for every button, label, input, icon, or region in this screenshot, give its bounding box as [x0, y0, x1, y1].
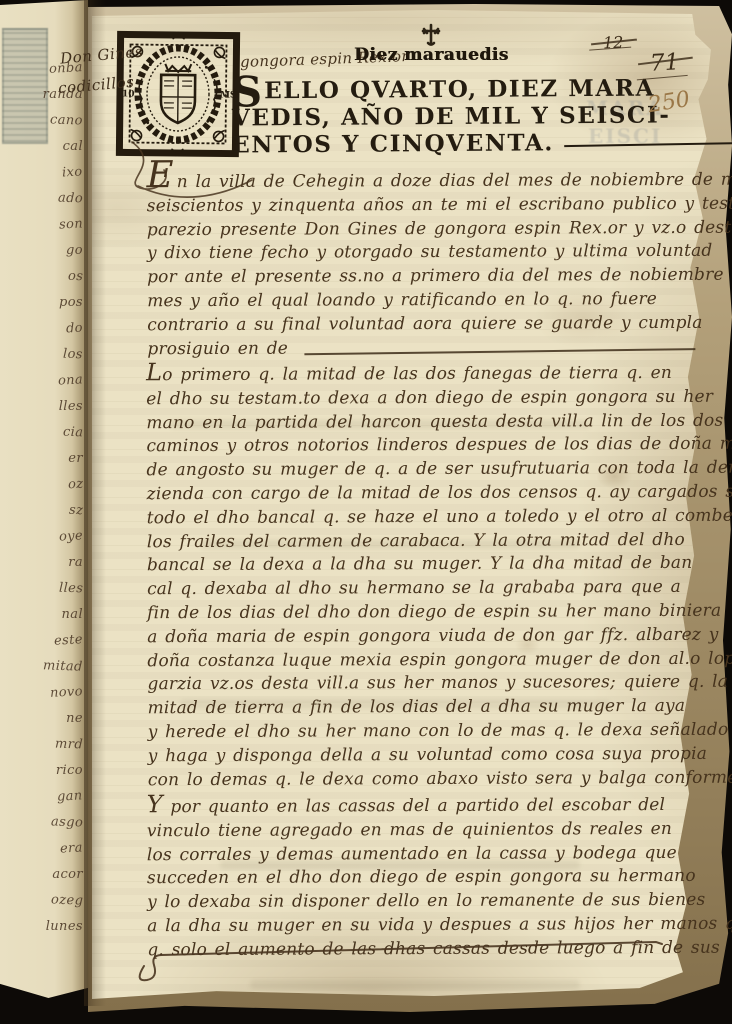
manuscript-line: mano en la partida del harcon questa des… [146, 410, 706, 436]
manuscript-line: doña costanza luque mexia espin gongora … [147, 648, 707, 674]
verso-line-fragment: cano [50, 111, 83, 129]
scanned-manuscript-photo: { "colors":{ "background":"#0d0a07","pap… [0, 0, 732, 1024]
manuscript-paragraph: En la villa de Cehegin a doze dias del m… [147, 161, 708, 362]
manuscript-body: En la villa de Cehegin a doze dias del m… [147, 162, 707, 961]
folio-number-crossed: 12 [599, 33, 628, 53]
manuscript-paragraph: Y por quanto en las cassas del a partido… [147, 790, 708, 962]
verso-line-fragment: acor [52, 866, 83, 883]
verso-line-fragment: mitad [43, 657, 83, 675]
verso-line-fragment: ra [68, 554, 83, 571]
manuscript-line: por ante el presente ss.no a primero dia… [147, 264, 707, 290]
manuscript-line: todo el dho bancal q. se haze el uno a t… [147, 505, 707, 531]
manuscript-line: Y por quanto en las cassas del a partido… [147, 790, 707, 819]
manuscript-line: y herede el dho su her mano con lo de ma… [148, 719, 708, 745]
manuscript-line: a la dha su muger en su vida y despues a… [147, 912, 707, 938]
manuscript-line: y lo dexaba sin disponer dello en lo rem… [147, 889, 707, 915]
printed-header-line3: ENTOS Y CINQVENTA. [232, 128, 672, 158]
verso-line-fragment: nal [62, 606, 83, 623]
verso-line-fragment: era [60, 839, 84, 857]
manuscript-line: los frailes del carmen de carabaca. Y la… [147, 529, 707, 555]
verso-line-fragment: oye [58, 527, 83, 545]
verso-line-fragment: asgo [51, 813, 84, 831]
verso-line-fragment: ado [58, 190, 84, 208]
printed-header-line1: SELLO QVARTO, DIEZ MARA [232, 74, 672, 104]
manuscript-line: seiscientos y zinquenta años an te mi el… [147, 193, 707, 219]
manuscript-line: Lo primero q. la mitad de las dos fanega… [146, 359, 706, 388]
verso-line-endings: onbarandacanocalixoadosongoosposdolosona… [43, 60, 83, 935]
verso-line-fragment: ne [66, 710, 83, 727]
gothic-denomination: Diez marauedis [354, 45, 509, 65]
verso-line-fragment: pos [59, 294, 83, 311]
manuscript-line: bancal se la dexa a la dha su muger. Y l… [147, 553, 707, 579]
verso-line-fragment: ixo [62, 163, 83, 181]
verso-line-fragment: cal [63, 138, 83, 155]
manuscript-line: parezio presente Don Gines de gongora es… [147, 216, 707, 242]
printed-header: SELLO QVARTO, DIEZ MARA VEDIS, AÑO DE MI… [232, 74, 673, 158]
manuscript-line: En la villa de Cehegin a doze dias del m… [147, 161, 707, 195]
verso-line-fragment: mrd [55, 736, 84, 754]
manuscript-line: garzia vz.os desta vill.a sus her manos … [147, 672, 707, 698]
manuscript-line: contrario a su final voluntad aora quier… [147, 312, 707, 338]
verso-line-fragment: lles [58, 580, 83, 598]
manuscript-line: el dho su testam.to dexa a don diego de … [146, 386, 706, 412]
verso-page-edge: onbarandacanocalixoadosongoosposdolosona… [0, 0, 88, 1006]
verso-line-fragment: ona [57, 371, 83, 389]
manuscript-line: y haga y disponga della a su voluntad co… [148, 743, 708, 769]
verso-line-fragment: er [68, 450, 83, 467]
folio-number-crossed: 71 [645, 49, 684, 77]
manuscript-line: prosiguio en de [147, 335, 707, 361]
manuscript-line: mes y año el qual loando y ratificando e… [147, 288, 707, 314]
manuscript-line: fin de los dias del dho don diego de esp… [147, 600, 707, 626]
verso-line-fragment: lunes [46, 918, 83, 935]
manuscript-line: de angosto su muger de q. a de ser usufr… [146, 457, 706, 483]
manuscript-line: a doña maria de espin gongora viuda de d… [147, 624, 707, 650]
manuscript-line: succeden en el dho don diego de espin go… [147, 865, 707, 891]
verso-stamp-ghost [2, 28, 48, 144]
verso-line-fragment: novo [50, 683, 84, 702]
verso-line-fragment: go [66, 242, 83, 259]
verso-line-fragment: este [54, 631, 84, 649]
verso-line-fragment: rico [56, 762, 83, 779]
verso-line-fragment: ozeg [50, 891, 83, 909]
manuscript-line: caminos y otros notorios linderos despue… [146, 434, 706, 460]
verso-line-fragment: cia [62, 424, 83, 442]
manuscript-paragraph: Lo primero q. la mitad de las dos fanega… [146, 359, 708, 793]
verso-line-fragment: do [66, 320, 84, 338]
manuscript-line: los corrales y demas aumentado en la cas… [147, 841, 707, 867]
verso-line-fragment: sz [68, 502, 83, 519]
verso-line-fragment: os [67, 268, 83, 286]
manuscript-line: y dixo tiene fecho y otorgado su testame… [147, 240, 707, 266]
verso-line-fragment: los [63, 346, 83, 364]
manuscript-line: mitad de tierra a fin de los dias del a … [148, 695, 708, 721]
manuscript-line: cal q. dexaba al dho su hermano se la gr… [147, 576, 707, 602]
verso-line-fragment: son [58, 215, 83, 233]
manuscript-line: vinculo tiene agregado en mas de quinien… [147, 817, 707, 843]
verso-line-fragment: gan [57, 787, 84, 805]
printed-header-line2: VEDIS, AÑO DE MIL Y SEISCI- [232, 101, 672, 131]
verso-line-fragment: lles [59, 398, 83, 415]
end-flourish [128, 938, 673, 988]
manuscript-line: zienda con cargo de la mitad de los dos … [147, 481, 707, 507]
manuscript-line: con lo demas q. le dexa como abaxo visto… [148, 767, 708, 793]
verso-line-fragment: oz [67, 476, 83, 494]
